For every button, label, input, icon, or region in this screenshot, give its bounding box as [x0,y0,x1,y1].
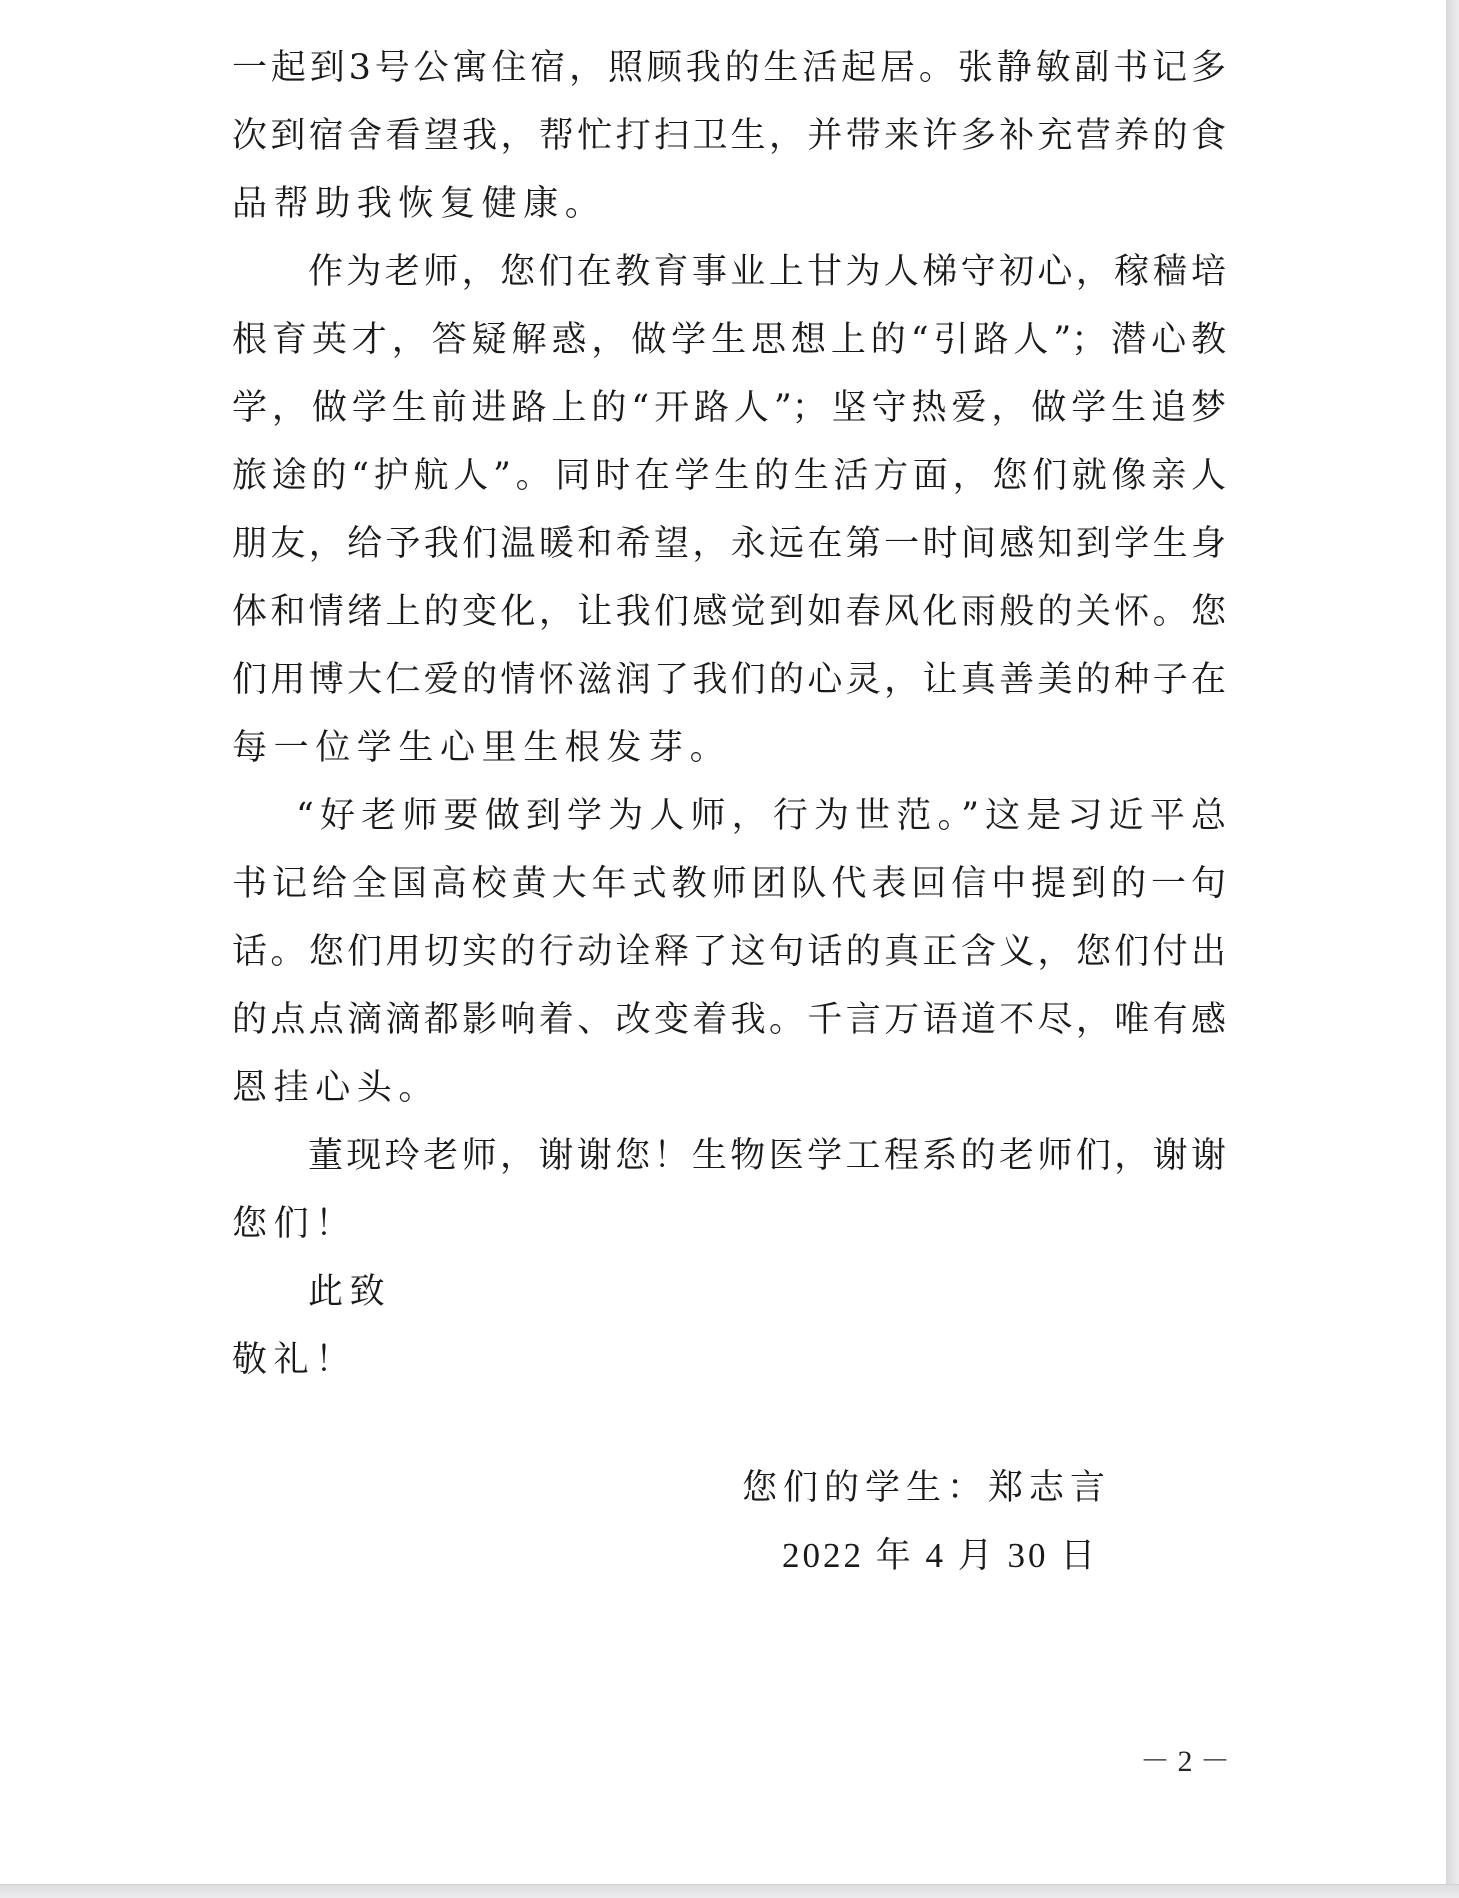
body-line: 体和情绪上的变化，让我们感觉到如春风化雨般的关怀。您 [232,590,1226,634]
letter-date: 2022 年 4 月 30 日 [782,1534,1098,1578]
paragraph-start-line: 董现玲老师，谢谢您！生物医学工程系的老师们，谢谢 [232,1134,1226,1178]
page-edge-right [1446,0,1459,1898]
body-line: 根育英才，答疑解惑，做学生思想上的“引路人”；潜心教 [232,318,1226,362]
body-line: 朋友，给予我们温暖和希望，永远在第一时间感知到学生身 [232,522,1226,566]
closing-salutation: 此致 [308,1270,391,1314]
body-line: 旅途的“护航人”。同时在学生的生活方面，您们就像亲人 [232,454,1226,498]
body-line: 话。您们用切实的行动诠释了这句话的真正含义，您们付出 [232,930,1226,974]
closing-regards: 敬礼！ [232,1338,357,1382]
page-edge-bottom [0,1884,1459,1898]
paragraph-start-line: “好老师要做到学为人师，行为世范。”这是习近平总 [232,794,1226,838]
body-line: 您们！ [232,1202,1226,1246]
paragraph-start-line: 作为老师，您们在教育事业上甘为人梯守初心，稼穑培 [232,250,1226,294]
body-line: 们用博大仁爱的情怀滋润了我们的心灵，让真善美的种子在 [232,658,1226,702]
body-line: 次到宿舍看望我，帮忙打扫卫生，并带来许多补充营养的食 [232,114,1226,158]
body-line: 一起到3号公寓住宿，照顾我的生活起居。张静敏副书记多 [232,46,1226,90]
body-line: 品帮助我恢复健康。 [232,182,1226,226]
document-page: 一起到3号公寓住宿，照顾我的生活起居。张静敏副书记多 次到宿舍看望我，帮忙打扫卫… [0,0,1446,1884]
signature: 您们的学生：郑志言 [742,1466,1111,1510]
body-line: 书记给全国高校黄大年式教师团队代表回信中提到的一句 [232,862,1226,906]
body-line: 每一位学生心里生根发芽。 [232,726,1226,770]
body-line: 的点点滴滴都影响着、改变着我。千言万语道不尽，唯有感 [232,998,1226,1042]
page-number: － 2 － [1140,1742,1230,1782]
body-line: 学，做学生前进路上的“开路人”；坚守热爱，做学生追梦 [232,386,1226,430]
body-line: 恩挂心头。 [232,1066,1226,1110]
